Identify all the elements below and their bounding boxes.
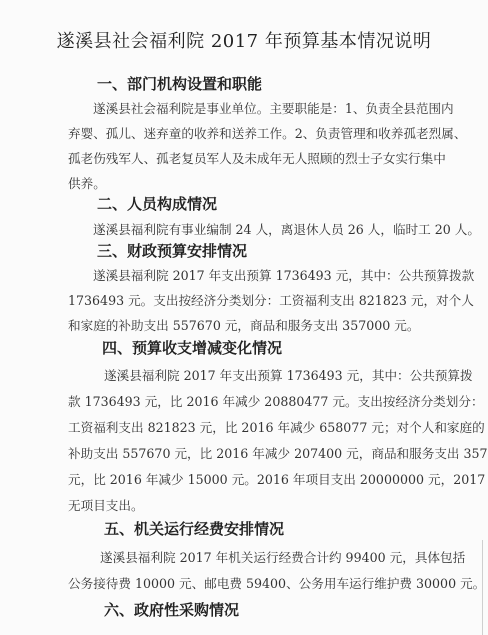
section-5-line-2: 公务接待费 10000 元、邮电费 59400、公务用车运行维护费 30000 … — [68, 573, 485, 592]
section-4-line-1: 遂溪县福利院 2017 年支出预算 1736493 元，其中：公共预算拨 — [104, 365, 473, 384]
scan-edge-line — [482, 540, 483, 635]
section-3-line-1: 遂溪县福利院 2017 年支出预算 1736493 元，其中：公共预算拨款 — [93, 265, 474, 284]
section-heading-6: 六、政府性采购情况 — [104, 599, 239, 620]
document-page: 遂溪县社会福利院 2017 年预算基本情况说明 一、部门机构设置和职能 遂溪县社… — [0, 0, 488, 635]
section-4-line-5: 元，比 2016 年减少 15000 元。2016 年项目支出 20000000… — [68, 469, 488, 488]
section-1-line-2: 弃婴、孤儿、迷弃童的收养和送养工作。2、负责管理和收养孤老烈属、 — [68, 123, 466, 142]
section-4-line-6: 无项目支出。 — [68, 495, 144, 514]
section-4-line-4: 补助支出 557670 元，比 2016 年减少 207400 元，商品和服务支… — [68, 443, 488, 462]
section-heading-2: 二、人员构成情况 — [97, 193, 217, 214]
section-4-line-2: 款 1736493 元，比 2016 年减少 20880477 元。支出按经济分… — [68, 391, 484, 410]
section-5-line-1: 遂溪县福利院 2017 年机关运行经费合计约 99400 元，具体包括 — [100, 547, 465, 566]
section-2-line-1: 遂溪县福利院有事业编制 24 人，离退休人员 26 人，临时工 20 人。 — [93, 219, 480, 238]
section-3-line-2: 1736493 元。支出按经济分类划分：工资福利支出 821823 元，对个人 — [68, 290, 474, 309]
section-heading-4: 四、预算收支增减变化情况 — [102, 337, 282, 358]
section-3-line-3: 和家庭的补助支出 557670 元，商品和服务支出 357000 元。 — [68, 315, 419, 334]
section-1-line-4: 供养。 — [68, 173, 106, 192]
section-heading-1: 一、部门机构设置和职能 — [97, 73, 262, 94]
document-title: 遂溪县社会福利院 2017 年预算基本情况说明 — [0, 27, 488, 53]
section-heading-3: 三、财政预算安排情况 — [97, 240, 247, 261]
section-1-line-3: 孤老伤残军人、孤老复员军人及未成年无人照顾的烈士子女实行集中 — [68, 148, 446, 167]
section-4-line-3: 工资福利支出 821823 元，比 2016 年减少 658077 元；对个人和… — [68, 417, 485, 436]
section-heading-5: 五、机关运行经费安排情况 — [104, 518, 284, 539]
section-1-line-1: 遂溪县社会福利院是事业单位。主要职能是：1、负责全县范围内 — [93, 98, 454, 117]
